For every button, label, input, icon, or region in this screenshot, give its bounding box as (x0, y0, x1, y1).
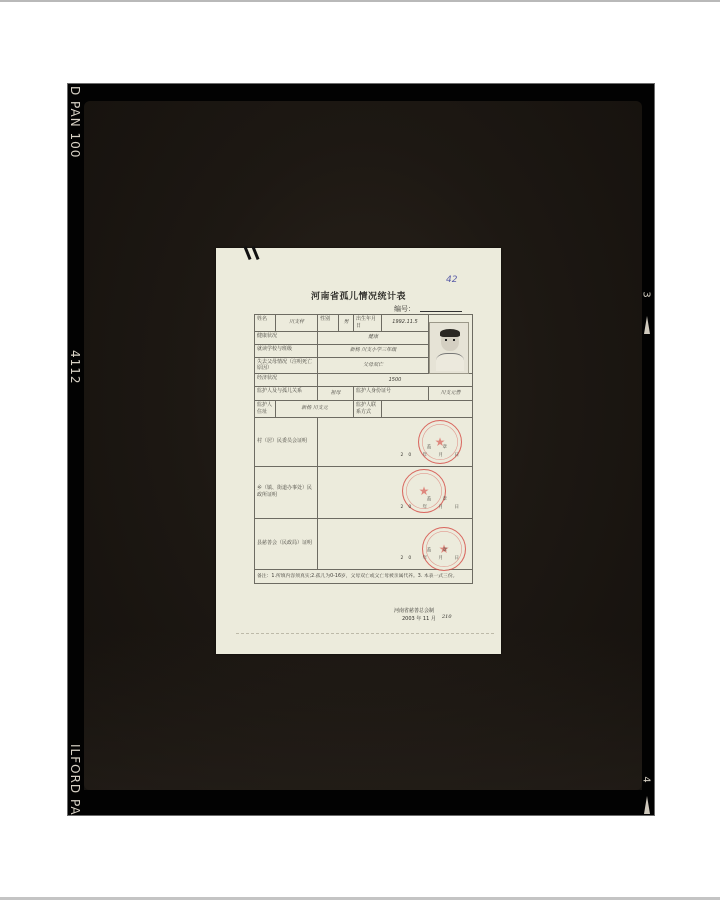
guardian-contact-value (382, 401, 473, 418)
parents-label: 失去父母情况（注明死亡原因） (255, 357, 318, 374)
gender-label: 性别 (318, 315, 339, 332)
guardian-id-value: 川支元曾 (429, 387, 473, 401)
orphan-registration-form: 42 河南省孤儿情况统计表 编号： 姓名 川支梓 性别 男 出生年月日 1992… (216, 248, 501, 654)
portrait-hair (440, 329, 460, 337)
name-value: 川支梓 (276, 315, 318, 332)
guardian-address-label: 监护人住址 (255, 401, 276, 418)
frame-marker-lower-icon (644, 796, 650, 814)
economy-label: 经济状况 (255, 374, 318, 387)
form-title: 河南省孤儿情况统计表 (216, 289, 501, 302)
handwritten-number: 42 (446, 275, 457, 285)
school-value: 新杨 川支小学三年级 (318, 344, 429, 357)
ink-mark (243, 246, 251, 260)
seal-label: 盖 章 (427, 445, 452, 451)
date-line: 20 年 月 日 (400, 505, 464, 511)
seal-label: 盖 章 (427, 548, 452, 554)
film-edge-text-top: D PAN 100 (68, 86, 82, 158)
township-cert-area: 盖 章 20 年 月 日 (318, 466, 473, 518)
name-label: 姓名 (255, 315, 276, 332)
gender-value: 男 (339, 315, 354, 332)
health-value: 健康 (318, 331, 429, 344)
birth-value: 1992.11.5 (382, 315, 429, 332)
child-portrait-photo (429, 322, 469, 374)
frame-marker-upper-icon (644, 316, 650, 334)
village-cert-area: 盖 章 20 年 月 日 (318, 417, 473, 466)
film-edge-text-bottom: ILFORD PA (68, 744, 82, 816)
frame-number-upper: 3 (641, 291, 652, 297)
remarks-note: 备注：1.所填内容须真实;2.孤儿为0-16岁，父母双亡或父亡母被亲属代养。3.… (255, 569, 473, 584)
serial-number-line (420, 311, 462, 312)
school-label: 就读学校与班级 (255, 344, 318, 357)
top-border-rule (0, 0, 720, 2)
birth-label: 出生年月日 (354, 315, 382, 332)
film-edge-text-middle: 4112 (68, 350, 82, 385)
health-label: 健康状况 (255, 331, 318, 344)
parents-value: 父母双亡 (318, 357, 429, 374)
county-cert-label: 县慈善会（民政局）证明 (255, 518, 318, 569)
scene-table-surface (84, 630, 642, 790)
seal-label: 盖 章 (427, 497, 452, 503)
guardian-relation-value: 祖母 (318, 387, 354, 401)
village-cert-label: 村（居）民委员会证明 (255, 417, 318, 466)
guardian-id-label: 监护人身份证号 (354, 387, 429, 401)
ink-mark (251, 246, 259, 260)
issue-date: 2003 年 11 月 (402, 615, 436, 622)
guardian-contact-label: 监护人联系方式 (354, 401, 382, 418)
date-line: 20 年 月 日 (400, 453, 464, 459)
guardian-relation-label: 监护人及与孤儿关系 (255, 387, 318, 401)
county-cert-area: 盖 章 20 年 月 日 (318, 518, 473, 569)
issue-handwritten-mark: 210 (442, 614, 452, 620)
date-line: 20 年 月 日 (400, 556, 464, 562)
issuer-label: 河南省慈善总会制 (394, 607, 434, 614)
economy-value: 1500 (318, 374, 473, 387)
fold-line (236, 633, 494, 634)
portrait-eyes (445, 339, 455, 341)
guardian-address-value: 新杨 川支元 (276, 401, 354, 418)
serial-number-label: 编号： (394, 304, 415, 314)
portrait-shirt (436, 353, 464, 371)
frame-number-lower: 4 (641, 776, 652, 782)
township-cert-label: 乡（镇、街道办事处）民政所证明 (255, 466, 318, 518)
